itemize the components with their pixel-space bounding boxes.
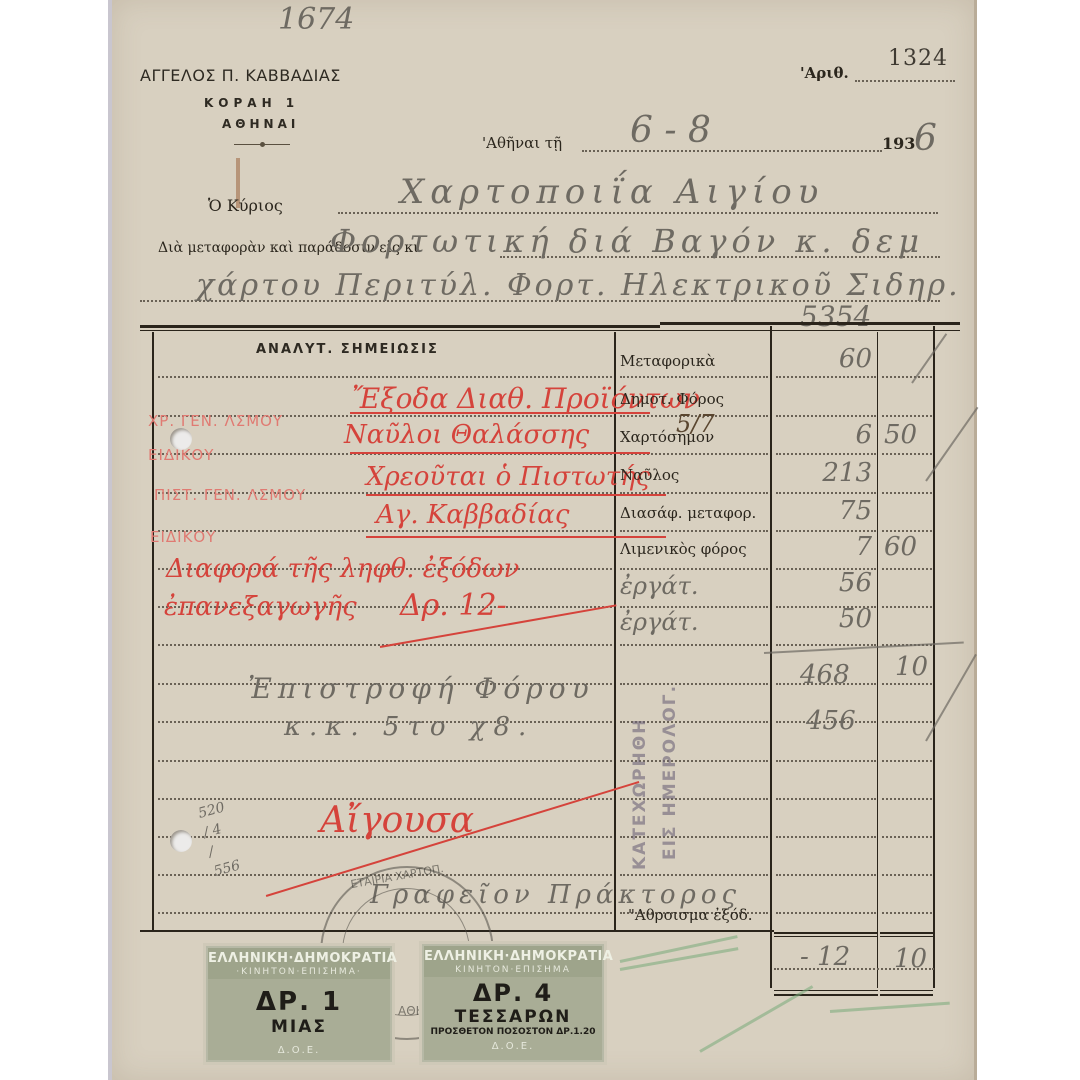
- stamp-type: ·ΚΙΝΗΤΟΝ·ΕΠΙΣΗΜΑ·: [208, 967, 390, 979]
- total-bottom-rule-4: [880, 990, 933, 991]
- year-prefix: 193: [882, 134, 915, 153]
- row-dotted-line: [776, 874, 876, 876]
- red-underline-1: [350, 412, 650, 414]
- row-dotted-line: [882, 606, 932, 608]
- revenue-stamp-2: ΕΛΛΗΝΙΚΗ·ΔΗΜΟΚΡΑΤΙΑ ΚΙΝΗΤΟΝ·ΕΠΙΣΗΜΑ ΔΡ. …: [422, 944, 604, 1062]
- subtotal-drachmas: 468: [800, 660, 850, 690]
- charge-drachmas: 213: [822, 458, 872, 488]
- table-top-rule: [140, 325, 660, 328]
- row-dotted-line: [882, 721, 932, 723]
- row-dotted-line: [776, 453, 876, 455]
- mister-value: Χαρτοποιΐα Αιγίου: [400, 172, 824, 212]
- row-dotted-line: [158, 760, 612, 762]
- red-note-5: Διαφορά τῆς ληφθ. ἐξόδων: [166, 554, 519, 584]
- row-dotted-line: [882, 836, 932, 838]
- mister-label: Ὁ Κύριος: [208, 196, 283, 215]
- charge-lepta: 60: [884, 532, 917, 562]
- mister-dots: [338, 212, 938, 214]
- punch-hole-bottom: [170, 830, 192, 852]
- charge-label: ἐργάτ.: [620, 572, 698, 600]
- total-label-rule: [618, 930, 768, 931]
- total-drachmas: - 12: [800, 942, 850, 972]
- weight-note: 5354: [800, 300, 871, 333]
- charge-drachmas: 75: [839, 496, 872, 526]
- vertical-stamp-journal: ΕΙΣ ΗΜΕΡΟΛΟΓ.: [660, 684, 680, 860]
- merchant-address: ΚΟΡΑΗ 1: [204, 96, 299, 110]
- charge-drachmas: 56: [839, 568, 872, 598]
- stamp-value: ΔΡ. 1: [208, 987, 390, 1017]
- notes-charges-divider: [614, 332, 616, 930]
- table-top-rule-right: [660, 322, 960, 325]
- charge-label: Διασάφ. μεταφορ.: [620, 504, 756, 522]
- charge-label: Λιμενικὸς φόρος: [620, 540, 747, 558]
- archive-number: 1674: [278, 2, 354, 37]
- signature: Αἴγουσα: [320, 800, 474, 841]
- row-dotted-line: [882, 453, 932, 455]
- vertical-stamp-recorded: ΚΑΤΕΧΩΡΗΘΗ: [630, 718, 650, 870]
- charge-drachmas: 6: [855, 420, 872, 450]
- row-dotted-line: [882, 568, 932, 570]
- table-right-border: [933, 326, 935, 988]
- row-dotted-line: [620, 874, 768, 876]
- red-note-6: ἐπανεξαγωγῆς: [164, 592, 357, 622]
- number-value: 1324: [888, 46, 948, 71]
- charge-drachmas: 50: [839, 604, 872, 634]
- row-dotted-line: [158, 530, 612, 532]
- total-bottom-rule-3: [880, 994, 933, 996]
- date-value: 6 - 8: [630, 110, 711, 151]
- row-dotted-line: [882, 798, 932, 800]
- charge-label: Ναῦλος: [620, 466, 679, 484]
- transport-value-line2: χάρτου Περιτύλ. Φορτ. Ηλεκτρικοῦ Σιδηρ.: [196, 268, 961, 303]
- number-dots: [855, 80, 955, 82]
- row-dotted-line: [882, 874, 932, 876]
- row-dotted-line: [620, 530, 768, 532]
- stamp-type: ΚΙΝΗΤΟΝ·ΕΠΙΣΗΜΑ: [424, 965, 602, 977]
- stamp-issuer: Δ.Ο.Ε.: [424, 1041, 602, 1052]
- ornament-dot: [260, 142, 265, 147]
- total-top-rule-3: [880, 932, 933, 934]
- total-bottom-rule-1: [774, 994, 878, 996]
- stamp-word: ΤΕΣΣΑΡΩΝ: [424, 1007, 602, 1027]
- subtotal-lepta: 10: [895, 652, 928, 682]
- row-dotted-line: [776, 644, 876, 646]
- clerk-initials: 5/7: [676, 410, 715, 438]
- charge-lepta: 50: [884, 420, 917, 450]
- stamp-value: ΔΡ. 4: [424, 979, 602, 1007]
- pencil-note-2: κ.κ. 5το χ8.: [284, 712, 534, 742]
- row-dotted-line: [882, 492, 932, 494]
- row-dotted-line: [776, 760, 876, 762]
- row-dotted-line: [158, 376, 612, 378]
- revenue-stamp-1: ΕΛΛΗΝΙΚΗ·ΔΗΜΟΚΡΑΤΙΑ ·ΚΙΝΗΤΟΝ·ΕΠΙΣΗΜΑ· ΔΡ…: [206, 946, 392, 1062]
- table-top-rule-thin: [140, 330, 960, 331]
- row-dotted-line: [882, 376, 932, 378]
- date-label: 'Αθῆναι τῇ: [482, 134, 562, 152]
- total-lepta: 10: [894, 944, 927, 974]
- row-dotted-line: [776, 376, 876, 378]
- stamp-country: ΕΛΛΗΝΙΚΗ·ΔΗΜΟΚΡΑΤΙΑ: [208, 948, 390, 967]
- red-note-2: Ναῦλοι Θαλάσσης: [344, 420, 589, 450]
- stamp-country: ΕΛΛΗΝΙΚΗ·ΔΗΜΟΚΡΑΤΙΑ: [424, 946, 602, 965]
- total-top-rule-1: [774, 932, 878, 934]
- notes-title: ΑΝΑΛΥΤ. ΣΗΜΕΙΩΣΙΣ: [256, 342, 439, 357]
- total-top-rule-4: [880, 936, 933, 937]
- row-dotted-line: [882, 760, 932, 762]
- row-dotted-line: [776, 912, 876, 914]
- red-stamp-credit: ΠΙΣΤ. ΓΕΝ. ΛΣΜΟΥ: [154, 486, 306, 504]
- stamp-issuer: Δ.Ο.Ε.: [208, 1045, 390, 1056]
- red-note-4: Αγ. Καββαδίας: [376, 500, 569, 530]
- total-bottom-rule-2: [774, 990, 878, 991]
- transport-value-line1: Φορτωτική διά Βαγόν κ. δεμ: [330, 222, 924, 260]
- charge-drachmas: 7: [855, 532, 872, 562]
- stamp-extra: ΠΡΟΣΘΕΤΟΝ ΠΟΣΟΣΤΟΝ ΔΡ.1.20: [424, 1027, 602, 1037]
- row-dotted-line: [776, 492, 876, 494]
- row-dotted-line: [776, 798, 876, 800]
- punch-hole-top: [170, 428, 192, 450]
- row-dotted-line: [882, 415, 932, 417]
- date-dots: [582, 150, 882, 152]
- row-dotted-line: [776, 415, 876, 417]
- number-label: 'Αριθ.: [800, 64, 849, 82]
- red-note-amount: Δρ. 12-: [400, 588, 507, 623]
- red-note-3: Χρεοῦται ὁ Πιστωτής: [366, 462, 650, 492]
- row-dotted-line: [620, 568, 768, 570]
- charge-label: Δημοτ. Φόρος: [620, 390, 724, 408]
- red-underline-4: [366, 536, 666, 538]
- charge-label: ἐργάτ.: [620, 608, 698, 636]
- merchant-city: ΑΘΗΝΑΙ: [222, 117, 299, 131]
- row-dotted-line: [620, 683, 768, 685]
- total-top-rule-2: [774, 936, 878, 937]
- year-suffix: 6: [914, 118, 937, 159]
- row-dotted-line: [620, 376, 768, 378]
- charge-drachmas: 60: [839, 344, 872, 374]
- stamp-word: ΜΙΑΣ: [208, 1017, 390, 1037]
- less-drachmas: 456: [806, 706, 856, 736]
- red-stamp-debit: ΧΡ. ΓΕΝ. ΛΣΜΟΥ: [148, 412, 283, 430]
- row-dotted-line: [882, 683, 932, 685]
- row-dotted-line: [776, 836, 876, 838]
- red-stamp-special-2: ΕΙΔΙΚΟΥ: [150, 528, 216, 546]
- drachmas-column-left: [770, 326, 772, 988]
- charge-label: Μεταφορικὰ: [620, 352, 715, 370]
- merchant-name: ΑΓΓΕΛΟΣ Π. ΚΑΒΒΑΔΙΑΣ: [140, 66, 341, 85]
- lepta-column-left: [877, 332, 878, 988]
- row-dotted-line: [882, 912, 932, 914]
- pencil-note-1: Ἐπιστροφή Φόρου: [248, 672, 595, 705]
- red-underline-3: [366, 494, 666, 496]
- row-dotted-line: [620, 644, 768, 646]
- red-underline-2: [350, 452, 650, 454]
